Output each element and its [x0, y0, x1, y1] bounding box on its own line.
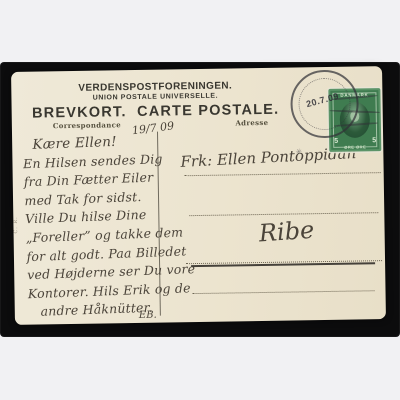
message-signature: EB.: [139, 310, 157, 321]
postcard-header: VERDENSPOSTFORENINGEN. UNION POSTALE UNI…: [11, 79, 300, 122]
recipient-town: Ribe: [193, 211, 380, 252]
address-line-1: [185, 172, 381, 176]
postcard: VERDENSPOSTFORENINGEN. UNION POSTALE UNI…: [11, 66, 386, 325]
stamp-denomination: ØRE ØRE: [331, 144, 379, 150]
address-line-4: [193, 290, 375, 294]
handwritten-message: Kære Ellen! En Hilsen sendes Dig fra Din…: [22, 131, 175, 322]
correspondence-label: Correspondance: [42, 120, 132, 130]
postmark-star-mark: ✳: [295, 147, 303, 157]
address-label: Adresse: [212, 118, 292, 128]
publisher-imprint: C. R.: [13, 216, 19, 233]
